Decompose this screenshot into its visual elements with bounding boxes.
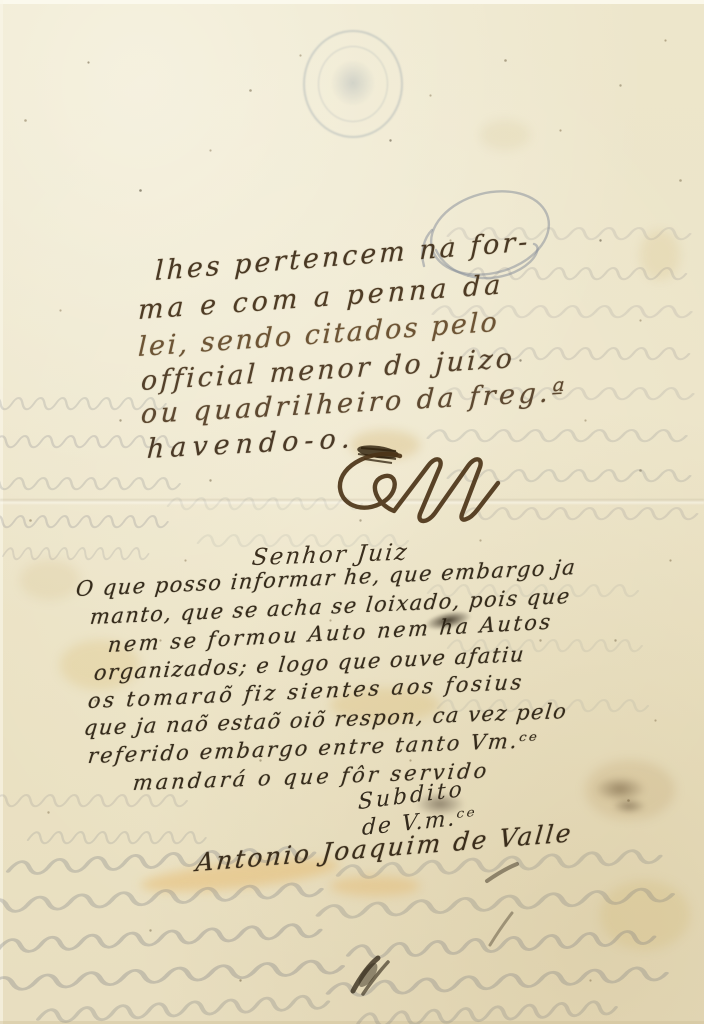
ink-smudge: [612, 798, 646, 814]
paper-stain: [600, 880, 690, 950]
paper-stain: [480, 120, 530, 150]
embossed-seal-icon: [303, 30, 403, 138]
bleedthrough-verso-writing-bottom: [0, 846, 674, 1024]
ink-blot: [355, 960, 381, 990]
paper-stain: [20, 560, 80, 600]
paper-stain: [350, 430, 420, 460]
seal-crest: [331, 60, 375, 106]
bleedthrough-layer: [0, 0, 704, 1024]
note-line: havendo-o.: [146, 423, 356, 465]
paper-stain: [640, 230, 680, 280]
ink-smudge: [415, 792, 465, 816]
document-page: lhes pertencem na for- ma e com a penna …: [0, 0, 704, 1024]
fold-crease: [0, 499, 704, 505]
paper-stain: [330, 876, 420, 896]
scan-edge-top: [0, 0, 704, 4]
scan-edge-left: [0, 0, 3, 1024]
paper-speckles: [0, 0, 1, 1]
